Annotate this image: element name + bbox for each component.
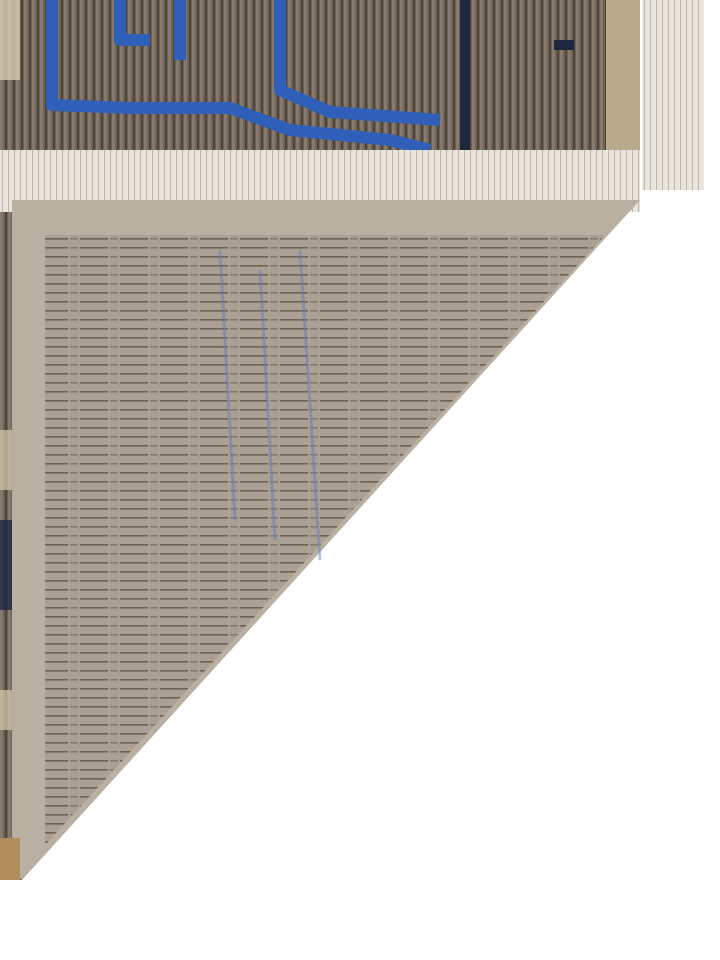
rug-illustration bbox=[0, 0, 720, 960]
rug-photo bbox=[0, 0, 720, 960]
rug-back-face bbox=[0, 200, 640, 880]
side-fringe bbox=[642, 0, 704, 190]
